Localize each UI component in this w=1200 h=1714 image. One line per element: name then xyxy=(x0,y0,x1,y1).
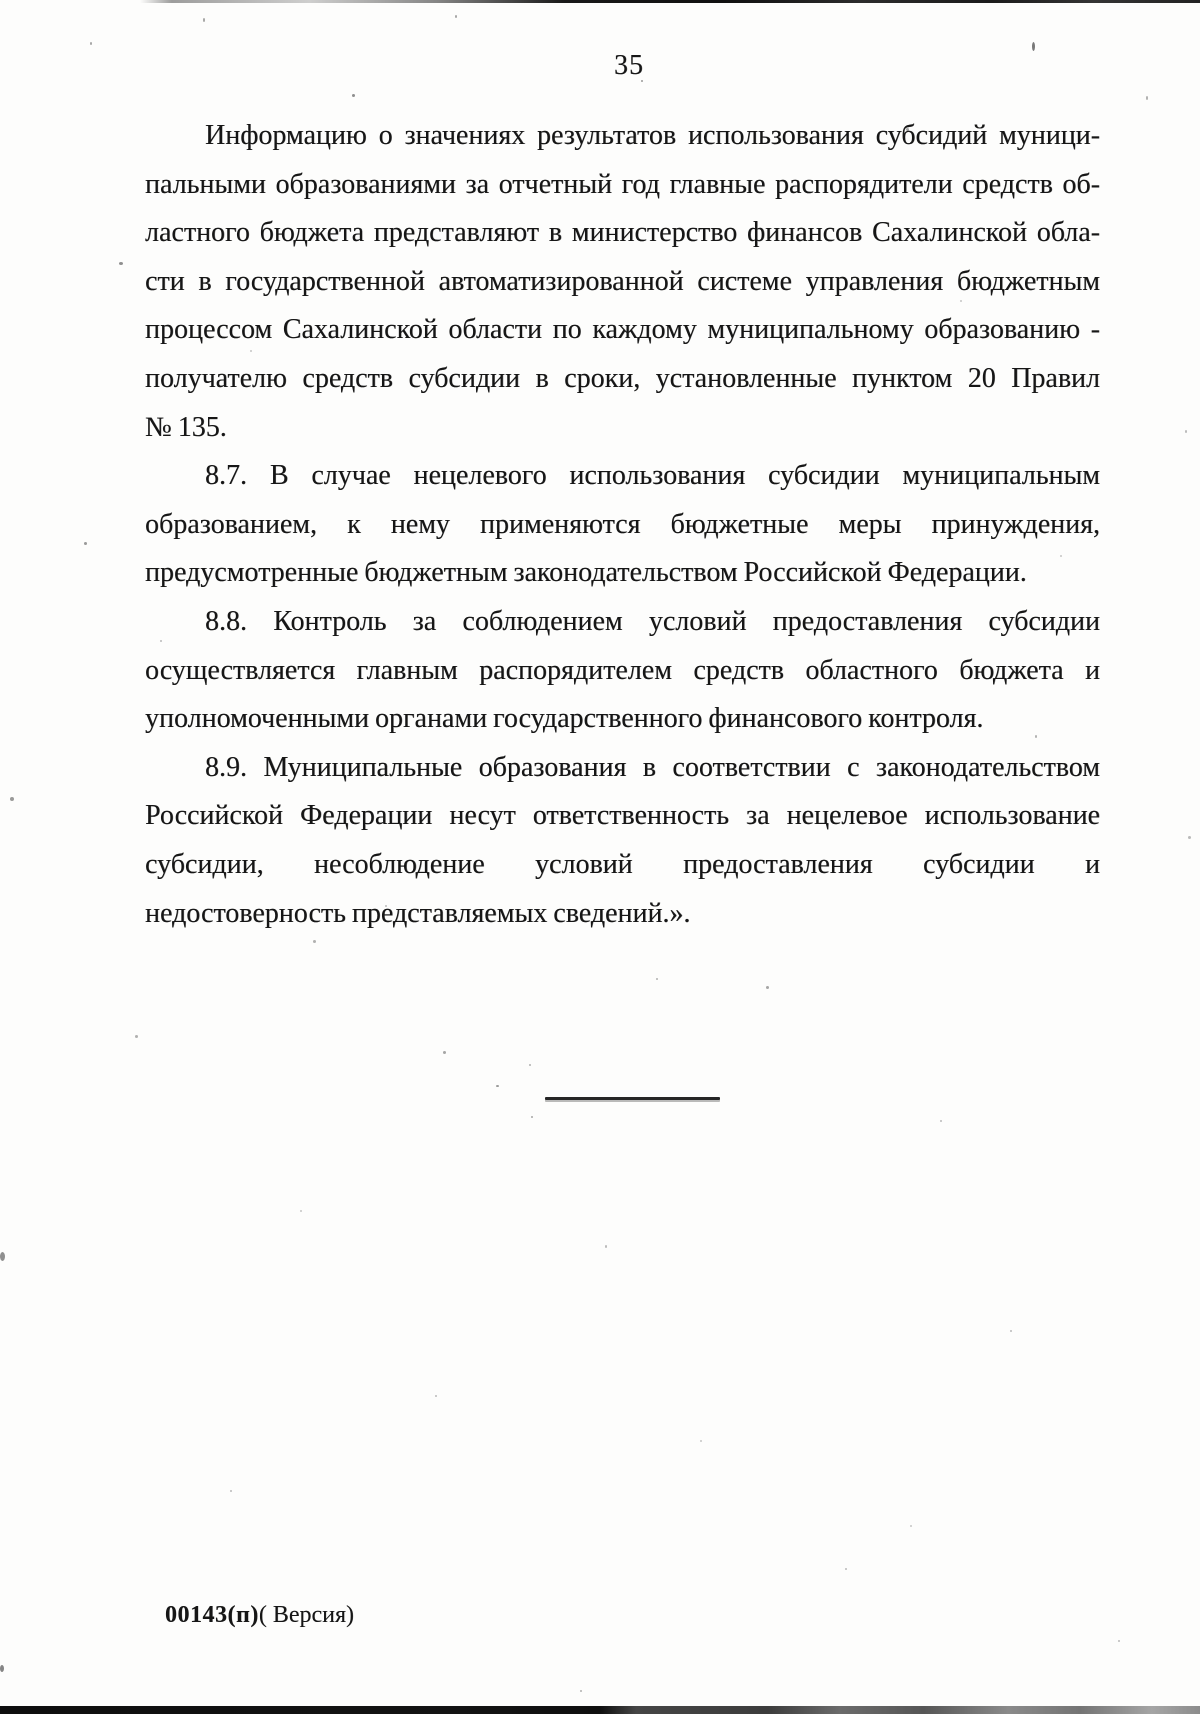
scan-noise-speck xyxy=(940,1120,942,1122)
text-line: 8.7. В случае нецелевого использования с… xyxy=(145,452,1100,501)
text-line: ластного бюджета представляют в министер… xyxy=(145,209,1100,258)
text-line: Российской Федерации несут ответственнос… xyxy=(145,792,1100,841)
scan-noise-speck xyxy=(300,1210,302,1212)
scan-noise-speck xyxy=(352,94,355,97)
text-line: предусмотренные бюджетным законодательст… xyxy=(145,549,1100,598)
scan-noise-speck xyxy=(529,1064,531,1066)
text-line: образованием, к нему применяются бюджетн… xyxy=(145,501,1100,550)
scan-noise-speck xyxy=(0,1252,5,1261)
text-line: недостоверность представляемых сведений.… xyxy=(145,890,1100,939)
scanned-page: 35 Информацию о значениях результатов ис… xyxy=(0,0,1200,1714)
scan-noise-speck xyxy=(385,905,387,907)
scan-noise-speck xyxy=(1032,42,1035,51)
text-line: Информацию о значениях результатов испол… xyxy=(145,112,1100,161)
scan-noise-speck xyxy=(496,1085,499,1087)
text-line: уполномоченными органами государственног… xyxy=(145,695,1100,744)
scan-noise-speck xyxy=(580,1690,582,1692)
scan-noise-speck xyxy=(443,1051,446,1054)
scan-noise-speck xyxy=(700,1440,702,1442)
text-line: 8.8. Контроль за соблюдением условий пре… xyxy=(145,598,1100,647)
scan-noise-speck xyxy=(766,986,769,989)
scan-noise-speck xyxy=(605,1245,607,1248)
document-body: Информацию о значениях результатов испол… xyxy=(145,112,1100,938)
scan-artifact-top-edge xyxy=(140,0,1200,3)
scan-noise-speck xyxy=(641,80,643,82)
scan-artifact-bottom-edge xyxy=(0,1706,1200,1714)
scan-noise-speck xyxy=(1188,836,1191,839)
scan-noise-speck xyxy=(10,797,14,801)
paragraph: Информацию о значениях результатов испол… xyxy=(145,112,1100,452)
scan-noise-speck xyxy=(1146,96,1148,100)
scan-noise-speck xyxy=(960,300,962,302)
scan-noise-speck xyxy=(531,1116,533,1118)
scan-noise-speck xyxy=(313,940,316,943)
scan-noise-speck xyxy=(0,1665,4,1672)
footer: 00143(п)( Версия) xyxy=(165,1602,354,1629)
scan-noise-speck xyxy=(1060,555,1062,557)
scan-noise-speck xyxy=(1010,1330,1012,1332)
footer-document-code: 00143(п) xyxy=(165,1602,259,1628)
separator-line xyxy=(545,1097,720,1100)
scan-noise-speck xyxy=(160,640,162,642)
scan-noise-speck xyxy=(910,1525,912,1527)
scan-noise-speck xyxy=(135,1035,138,1038)
scan-noise-speck xyxy=(1185,430,1187,433)
scan-noise-speck xyxy=(90,42,92,45)
scan-noise-speck xyxy=(1118,1640,1120,1642)
text-line: сти в государственной автоматизированной… xyxy=(145,258,1100,307)
scan-noise-speck xyxy=(435,1395,437,1397)
text-line: субсидии, несоблюдение условий предостав… xyxy=(145,841,1100,890)
paragraph: 8.9. Муниципальные образования в соответ… xyxy=(145,744,1100,938)
text-line: № 135. xyxy=(145,404,1100,453)
paragraph: 8.7. В случае нецелевого использования с… xyxy=(145,452,1100,598)
scan-noise-speck xyxy=(250,350,252,352)
scan-noise-speck xyxy=(906,128,909,131)
text-line: осуществляется главным распорядителем ср… xyxy=(145,647,1100,696)
scan-noise-speck xyxy=(203,18,205,22)
scan-noise-speck xyxy=(1035,735,1037,738)
scan-noise-speck xyxy=(84,542,87,545)
scan-noise-speck xyxy=(119,262,123,265)
paragraph: 8.8. Контроль за соблюдением условий пре… xyxy=(145,598,1100,744)
scan-noise-speck xyxy=(656,978,658,980)
page-number: 35 xyxy=(579,50,679,82)
text-line: пальными образованиями за отчетный год г… xyxy=(145,161,1100,210)
scan-noise-speck xyxy=(845,1568,847,1570)
scan-noise-speck xyxy=(455,15,457,18)
text-line: получателю средств субсидии в сроки, уст… xyxy=(145,355,1100,404)
footer-version-label: ( Версия) xyxy=(259,1602,354,1628)
scan-noise-speck xyxy=(230,1490,232,1492)
text-line: процессом Сахалинской области по каждому… xyxy=(145,306,1100,355)
text-line: 8.9. Муниципальные образования в соответ… xyxy=(145,744,1100,793)
